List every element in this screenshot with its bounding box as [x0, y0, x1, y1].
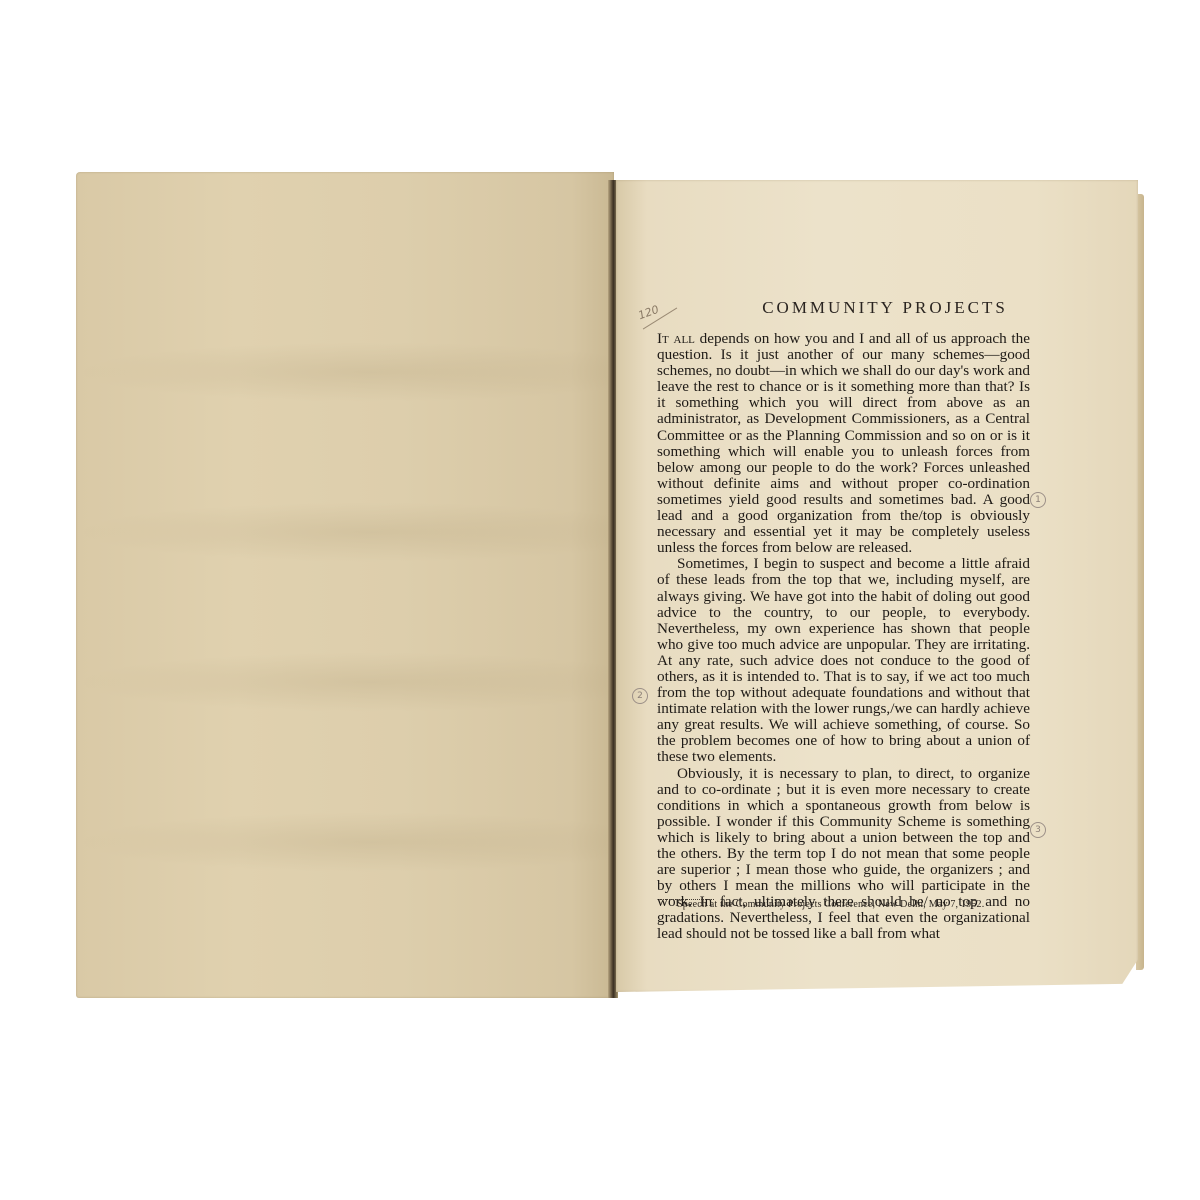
body-text: It all depends on how you and I and all …: [657, 331, 1030, 943]
open-book: 120 COMMUNITY PROJECTS It all depends on…: [0, 0, 1200, 1200]
paragraph: Obviously, it is necessary to plan, to d…: [657, 766, 1030, 943]
margin-mark-2: 2: [632, 688, 648, 704]
paper-wave: [76, 812, 614, 872]
footnote: Speech at the Community Projects Confere…: [677, 899, 1037, 910]
margin-mark-1: 1: [1030, 492, 1046, 508]
paragraph-text: depends on how you and I and all of us a…: [657, 330, 1030, 556]
opening-smallcaps: It all: [657, 330, 695, 347]
margin-mark-3: 3: [1030, 822, 1046, 838]
paper-wave: [76, 502, 614, 562]
paragraph: It all depends on how you and I and all …: [657, 331, 1030, 556]
chapter-title: COMMUNITY PROJECTS: [620, 298, 1150, 318]
paper-wave: [76, 342, 614, 402]
paragraph: Sometimes, I begin to suspect and become…: [657, 556, 1030, 765]
left-page-blank: [76, 172, 614, 998]
paper-wave: [76, 652, 614, 712]
